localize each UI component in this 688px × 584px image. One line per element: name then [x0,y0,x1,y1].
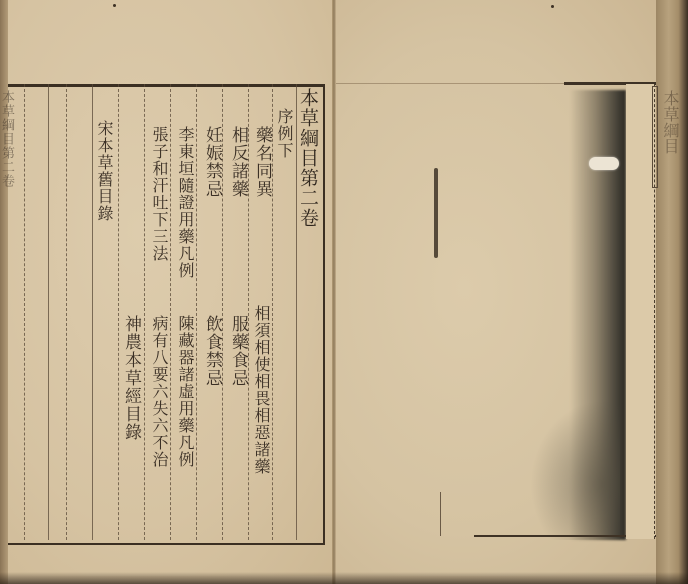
column-rule [196,84,197,540]
toc-entry: 服藥食忌 [229,315,246,387]
toc-entry: 妊娠禁忌 [203,126,220,198]
ink-stroke [434,168,438,258]
section-heading: 序例下 [276,108,292,159]
page-margin-strip [626,84,655,539]
column-rule [272,84,273,540]
toc-entry: 病有八要六失六不治 [151,315,167,468]
toc-entry: 飲食禁忌 [203,315,220,387]
column-rule [66,84,67,540]
toc-entry: 神農本草經目錄 [122,315,139,441]
column-rule [24,84,25,540]
toc-entry: 張子和汗吐下三法 [151,126,167,262]
left-book-edge [0,0,8,584]
column-rule [144,84,145,540]
column-rule [92,84,93,540]
column-rule [48,84,49,540]
volume-title: 本草綱目第二卷 [298,88,317,228]
frame-bracket [440,492,441,536]
column-rule [248,84,249,540]
bottom-shadow [0,572,688,584]
margin-spine-text: 本草綱目第二卷 [0,90,13,188]
toc-entry: 相須相使相畏相惡諸藥 [253,305,269,475]
right-book-edge [656,0,688,584]
column-rule [222,84,223,540]
toc-entry: 相反諸藥 [229,126,246,198]
toc-entry: 宋本草舊目錄 [96,120,112,222]
toc-entry: 藥名同異 [253,126,270,198]
paper-damage-spot [589,157,619,170]
toc-entry: 陳藏器諸虛用藥凡例 [177,315,193,468]
ink-dot [551,5,554,8]
mold-stain-lower [530,400,620,540]
toc-entry: 李東垣隨證用藥凡例 [177,126,193,279]
ink-dot [113,4,116,7]
margin-box [652,86,658,188]
right-spine-text: 本草綱目 [660,90,682,240]
column-rule [118,84,119,540]
book-spread: 本草綱目第二卷 本草綱目第二卷 序例下 藥名同異 相反諸藥 妊娠禁忌 李東垣隨證… [0,0,688,584]
column-rule [170,84,171,540]
